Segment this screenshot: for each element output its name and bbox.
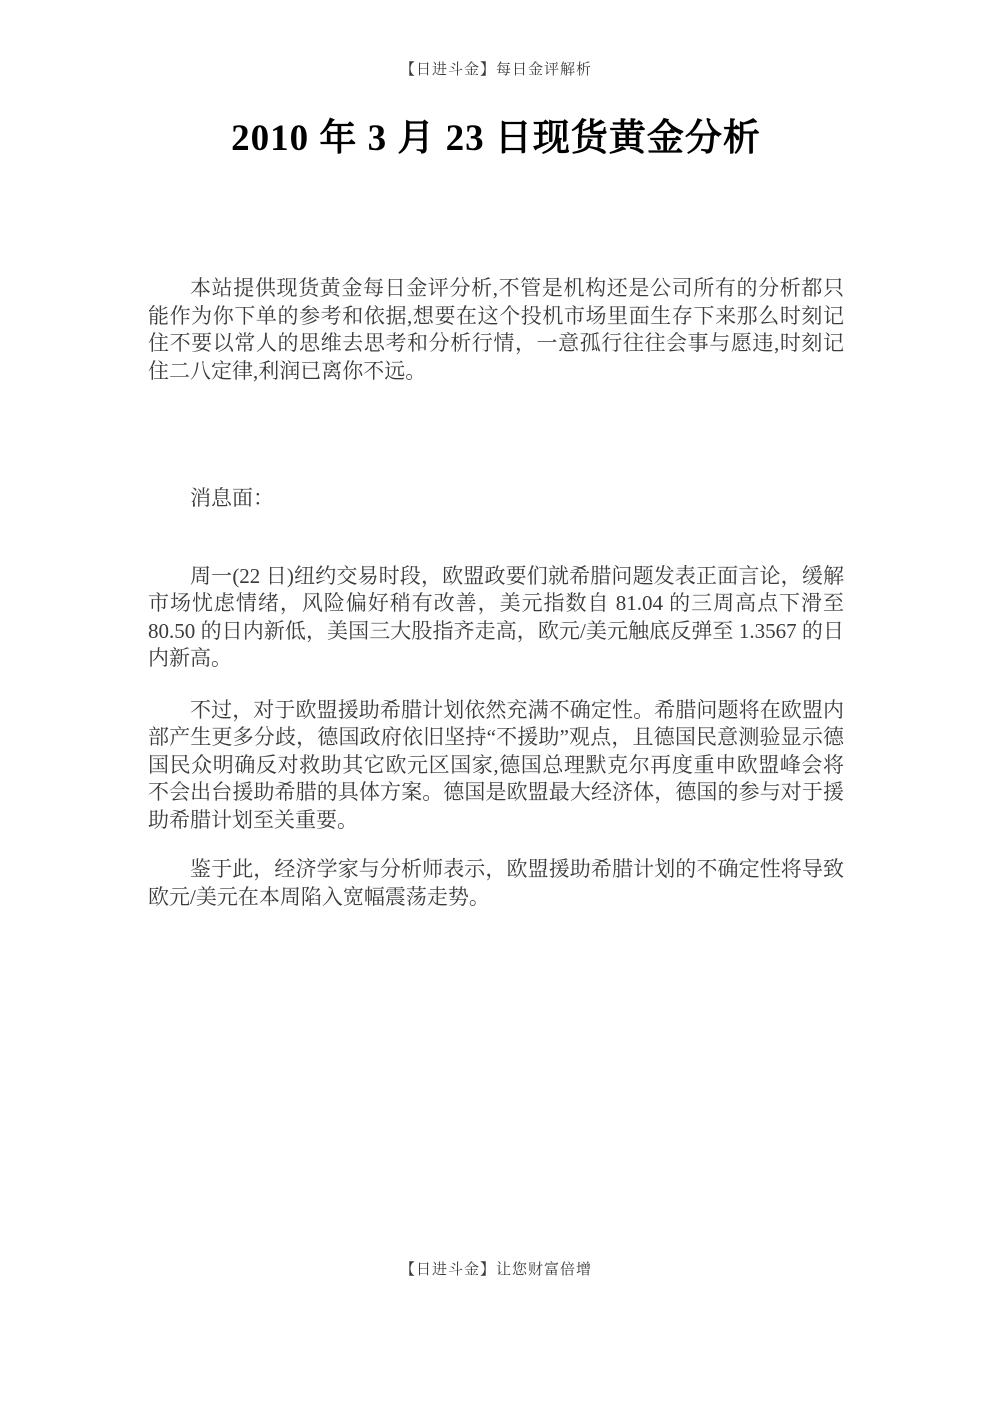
page-title: 2010 年 3 月 23 日现货黄金分析	[0, 113, 992, 165]
document-footer: 【日进斗金】让您财富倍增	[0, 1258, 992, 1279]
news-paragraph-1: 周一(22 日)纽约交易时段，欧盟政要们就希腊问题发表正面言论，缓解市场忧虑情绪…	[148, 563, 844, 673]
news-paragraph-2: 不过，对于欧盟援助希腊计划依然充满不确定性。希腊问题将在欧盟内部产生更多分歧，德…	[148, 697, 844, 835]
intro-paragraph: 本站提供现货黄金每日金评分析,不管是机构还是公司所有的分析都只能作为你下单的参考…	[148, 275, 844, 385]
document-page: 【日进斗金】每日金评解析 2010 年 3 月 23 日现货黄金分析 本站提供现…	[0, 0, 992, 1403]
news-paragraph-3: 鉴于此，经济学家与分析师表示，欧盟援助希腊计划的不确定性将导致欧元/美元在本周陷…	[148, 856, 844, 911]
section-heading-news: 消息面：	[148, 485, 844, 513]
document-header: 【日进斗金】每日金评解析	[0, 0, 992, 79]
